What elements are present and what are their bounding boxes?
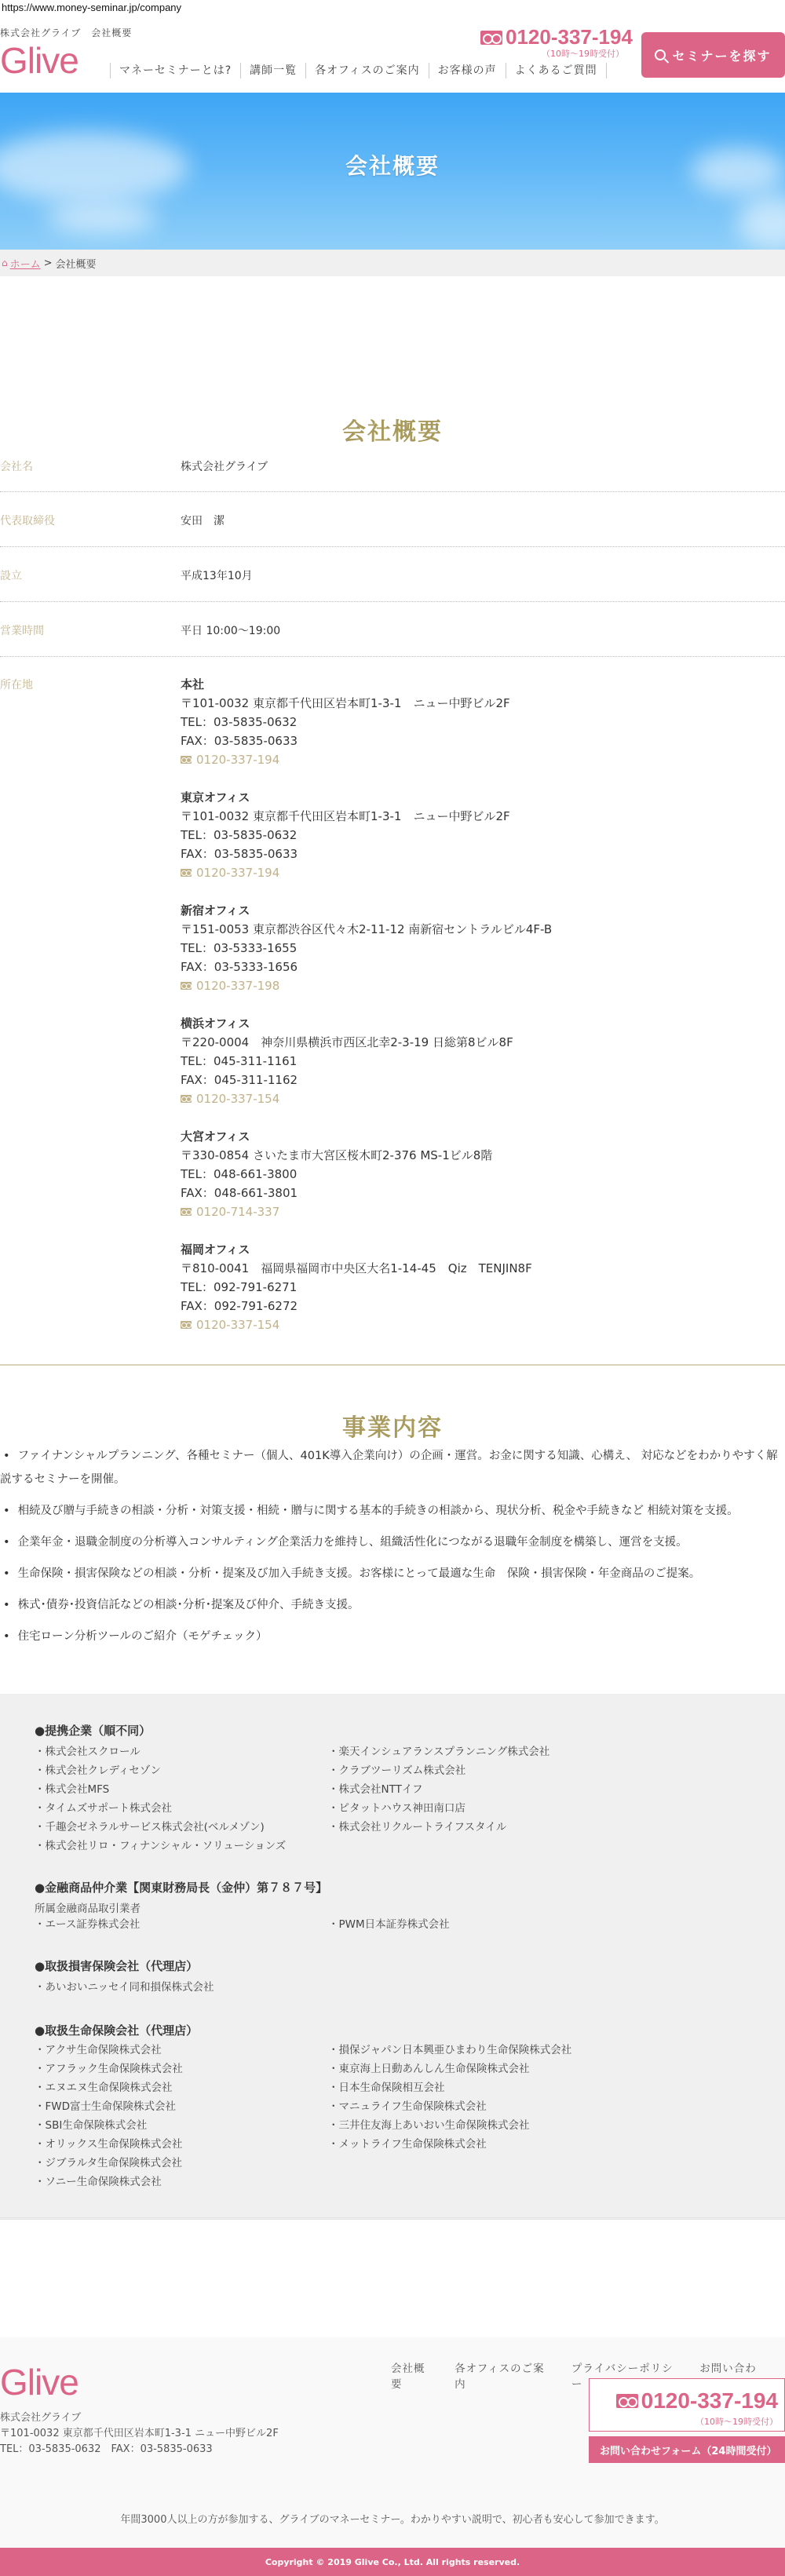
office-freedial-number: 0120-337-194	[196, 863, 279, 882]
browser-url: https://www.money-seminar.jp/company	[2, 2, 181, 13]
non-life-list: ・あいおいニッセイ同和損保株式会社	[35, 1978, 214, 1997]
freedial-icon	[181, 869, 192, 877]
office-fax: FAX：03-5835-0633	[181, 732, 510, 750]
section-divider	[0, 1364, 785, 1366]
breadcrumb-home[interactable]: ホーム	[10, 256, 41, 271]
freedial-icon	[181, 1321, 192, 1329]
profile-row: 営業時間 平日 10:00〜19:00	[0, 602, 785, 657]
office-address: 〒810-0041 福岡県福岡市中央区大名1-14-45 Qiz TENJIN8…	[181, 1259, 532, 1278]
office-freedial-number: 0120-337-194	[196, 750, 279, 769]
non-life-heading: ●取扱損害保険会社（代理店）	[35, 1958, 198, 1974]
brokerage-list-right: ・PWM日本証券株式会社	[328, 1915, 450, 1934]
office-freedial[interactable]: 0120-337-154	[181, 1089, 513, 1108]
header-phone-number: 0120-337-194	[506, 25, 633, 49]
office-name: 新宿オフィス	[181, 901, 552, 920]
partners-panel: ●提携企業（順不同） ・株式会社スクロール・株式会社クレディセゾン・株式会社MF…	[0, 1694, 785, 2220]
office-block: 東京オフィス 〒101-0032 東京都千代田区岩本町1-3-1 ニュー中野ビル…	[181, 788, 510, 882]
office-block: 福岡オフィス 〒810-0041 福岡県福岡市中央区大名1-14-45 Qiz …	[181, 1240, 532, 1334]
location-label: 所在地	[0, 677, 33, 692]
business-section-title: 事業内容	[0, 1408, 785, 1443]
profile-value: 平成13年10月	[181, 567, 253, 583]
office-freedial-number: 0120-714-337	[196, 1202, 279, 1221]
brokerage-note: 所属金融商品取引業者	[35, 1899, 141, 1915]
office-block: 横浜オフィス 〒220-0004 神奈川県横浜市西区北幸2-3-19 日総第8ビ…	[181, 1014, 513, 1108]
office-freedial-number: 0120-337-154	[196, 1089, 279, 1108]
office-fax: FAX：092-791-6272	[181, 1297, 532, 1315]
alliance-list-left: ・株式会社スクロール・株式会社クレディセゾン・株式会社MFS ・タイムズサポート…	[35, 1742, 286, 1855]
footer-link-offices[interactable]: 各オフィスのご案内	[455, 2359, 551, 2391]
office-block: 大宮オフィス 〒330-0854 さいたま市大宮区桜木町2-376 MS-1ビル…	[181, 1127, 492, 1221]
nav-item-offices[interactable]: 各オフィスのご案内	[305, 63, 428, 78]
footer-company: 株式会社グライブ	[0, 2410, 279, 2426]
footer-tagline: 年間3000人以上の方が参加する、グライブのマネーセミナー。わかりやすい説明で、…	[0, 2511, 785, 2526]
office-address: 〒101-0032 東京都千代田区岩本町1-3-1 ニュー中野ビル2F	[181, 694, 510, 713]
business-item: •企業年金・退職金制度の分析導入コンサルティング企業活力を維持し、組織活性化につ…	[0, 1531, 785, 1554]
office-fax: FAX：03-5835-0633	[181, 845, 510, 863]
life-list-right: ・損保ジャパン日本興亜ひまわり生命保険株式会社・東京海上日動あんしん生命保険株式…	[328, 2041, 571, 2154]
office-name: 福岡オフィス	[181, 1240, 532, 1259]
breadcrumb-current: 会社概要	[56, 256, 97, 271]
freedial-icon	[480, 31, 502, 45]
search-icon	[655, 49, 666, 60]
office-freedial-number: 0120-337-198	[196, 976, 279, 995]
breadcrumb: ⌂ ホーム > 会社概要	[0, 250, 785, 276]
office-address: 〒220-0004 神奈川県横浜市西区北幸2-3-19 日総第8ビル8F	[181, 1033, 513, 1052]
footer-telfax: TEL：03-5835-0632 FAX：03-5835-0633	[0, 2442, 279, 2457]
office-block: 新宿オフィス 〒151-0053 東京都渋谷区代々木2-11-12 南新宿セント…	[181, 901, 552, 995]
profile-row: 会社名 株式会社グライブ	[0, 440, 785, 492]
footer-phone-box[interactable]: 0120-337-194 （10時〜19時受付）	[589, 2378, 785, 2432]
alliance-heading: ●提携企業（順不同）	[35, 1722, 151, 1739]
office-tel: TEL：03-5333-1655	[181, 939, 552, 958]
nav-item-voices[interactable]: お客様の声	[429, 63, 506, 78]
footer-link-company[interactable]: 会社概要	[391, 2359, 434, 2391]
profile-value: 株式会社グライブ	[181, 458, 268, 474]
nav-item-about-seminar[interactable]: マネーセミナーとは?	[110, 63, 240, 78]
office-name: 本社	[181, 675, 510, 694]
profile-value: 安田 潔	[181, 513, 225, 528]
office-tel: TEL：045-311-1161	[181, 1052, 513, 1071]
profile-label: 代表取締役	[0, 513, 55, 528]
life-list-left: ・アクサ生命保険株式会社・アフラック生命保険株式会社・エヌエヌ生命保険株式会社・…	[35, 2041, 183, 2191]
brokerage-heading: ●金融商品仲介業【関東財務局長（金仲）第７８７号】	[35, 1879, 327, 1896]
find-seminar-button[interactable]: セミナーを探す	[641, 32, 785, 78]
office-address: 〒101-0032 東京都千代田区岩本町1-3-1 ニュー中野ビル2F	[181, 807, 510, 826]
business-item: •生命保険・損害保険などの相談・分析・提案及び加入手続き支援。お客様にとって最適…	[0, 1562, 785, 1585]
freedial-icon	[181, 1095, 192, 1103]
main-nav: マネーセミナーとは? 講師一覧 各オフィスのご案内 お客様の声 よくあるご質問	[110, 63, 607, 78]
office-freedial-number: 0120-337-154	[196, 1315, 279, 1334]
office-fax: FAX：048-661-3801	[181, 1184, 492, 1202]
business-list: •ファイナンシャルプランニング、各種セミナー（個人、401K導入企業向け）の企画…	[0, 1444, 785, 1656]
logo[interactable]: Glive	[0, 41, 78, 80]
office-block: 本社 〒101-0032 東京都千代田区岩本町1-3-1 ニュー中野ビル2F T…	[181, 675, 510, 769]
profile-label: 設立	[0, 567, 22, 583]
header-phone[interactable]: 0120-337-194	[480, 25, 633, 49]
life-heading: ●取扱生命保険会社（代理店）	[35, 2022, 198, 2038]
freedial-icon	[181, 1208, 192, 1216]
business-item: •株式･債券･投資信託などの相談･分析･提案及び仲介、手続き支援。	[0, 1593, 785, 1617]
footer: Glive 株式会社グライブ 〒101-0032 東京都千代田区岩本町1-3-1…	[0, 2337, 785, 2576]
contact-form-button[interactable]: お問い合わせフォーム（24時間受付）	[589, 2436, 785, 2463]
find-seminar-label: セミナーを探す	[672, 46, 771, 64]
brokerage-list-left: ・エース証券株式会社	[35, 1915, 140, 1934]
business-item: •相続及び贈与手続きの相談・分析・対策支援・相続・贈与に関する基本的手続きの相談…	[0, 1499, 785, 1523]
site-title: 株式会社グライブ 会社概要	[0, 26, 132, 39]
breadcrumb-separator: >	[44, 257, 53, 269]
copyright-bar: Copyright © 2019 Glive Co., Ltd. All rig…	[0, 2548, 785, 2576]
business-item: •ファイナンシャルプランニング、各種セミナー（個人、401K導入企業向け）の企画…	[0, 1444, 785, 1491]
header-phone-hours: （10時〜19時受付）	[542, 47, 624, 60]
business-item: •住宅ローン分析ツールのご紹介（モゲチェック）	[0, 1625, 785, 1648]
office-address: 〒151-0053 東京都渋谷区代々木2-11-12 南新宿セントラルビル4F-…	[181, 920, 552, 939]
hero-banner: 会社概要	[0, 93, 785, 250]
office-name: 東京オフィス	[181, 788, 510, 807]
footer-company-info: 株式会社グライブ 〒101-0032 東京都千代田区岩本町1-3-1 ニュー中野…	[0, 2410, 279, 2457]
office-freedial[interactable]: 0120-337-194	[181, 863, 510, 882]
freedial-icon	[616, 2394, 638, 2408]
nav-item-instructors[interactable]: 講師一覧	[240, 63, 305, 78]
office-tel: TEL：048-661-3800	[181, 1165, 492, 1184]
hero-title: 会社概要	[0, 149, 785, 181]
home-icon: ⌂	[2, 257, 8, 268]
alliance-list-right: ・楽天インシュアランスプランニング株式会社・クラブツーリズム株式会社・株式会社N…	[328, 1742, 549, 1837]
freedial-icon	[181, 982, 192, 990]
office-tel: TEL：03-5835-0632	[181, 713, 510, 732]
nav-item-faq[interactable]: よくあるご質問	[506, 63, 607, 78]
profile-label: 営業時間	[0, 622, 44, 638]
office-fax: FAX：03-5333-1656	[181, 958, 552, 976]
office-name: 大宮オフィス	[181, 1127, 492, 1146]
office-freedial[interactable]: 0120-337-194	[181, 750, 510, 769]
office-name: 横浜オフィス	[181, 1014, 513, 1033]
office-freedial[interactable]: 0120-337-154	[181, 1315, 532, 1334]
office-fax: FAX：045-311-1162	[181, 1071, 513, 1089]
office-tel: TEL：03-5835-0632	[181, 826, 510, 845]
office-freedial[interactable]: 0120-337-198	[181, 976, 552, 995]
office-tel: TEL：092-791-6271	[181, 1278, 532, 1297]
profile-row: 代表取締役 安田 潔	[0, 492, 785, 547]
footer-phone-hours: （10時〜19時受付）	[696, 2415, 778, 2428]
footer-address: 〒101-0032 東京都千代田区岩本町1-3-1 ニュー中野ビル2F	[0, 2426, 279, 2442]
footer-phone-number: 0120-337-194	[641, 2388, 778, 2414]
profile-label: 会社名	[0, 458, 33, 474]
footer-logo[interactable]: Glive	[0, 2361, 78, 2403]
profile-value: 平日 10:00〜19:00	[181, 622, 280, 638]
office-address: 〒330-0854 さいたま市大宮区桜木町2-376 MS-1ビル8階	[181, 1146, 492, 1165]
office-freedial[interactable]: 0120-714-337	[181, 1202, 492, 1221]
profile-row: 設立 平成13年10月	[0, 547, 785, 602]
freedial-icon	[181, 756, 192, 764]
